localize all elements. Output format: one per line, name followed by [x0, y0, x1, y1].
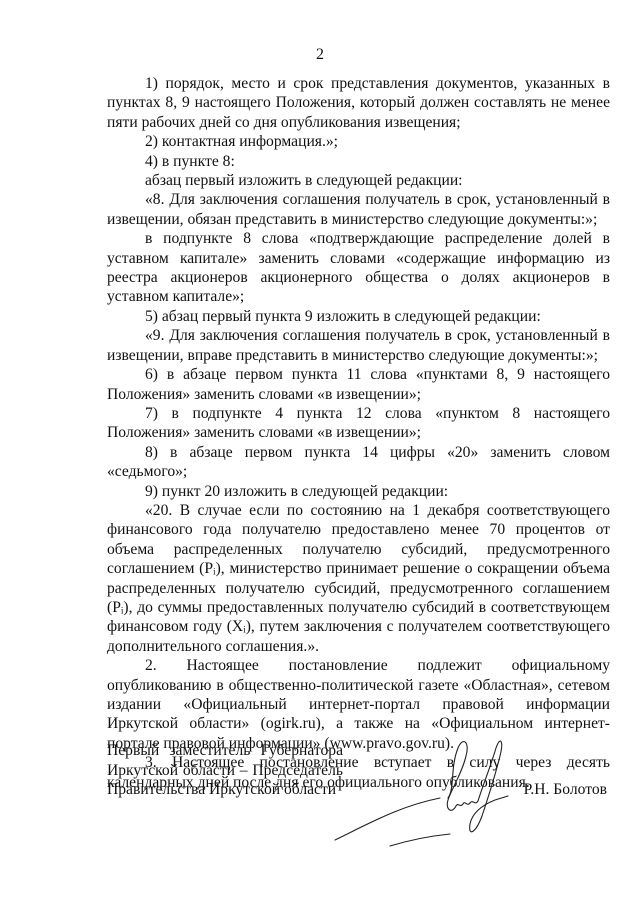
paragraph-item-8: 8) в абзаце первом пункта 14 цифры «20» … — [107, 443, 610, 482]
paragraph-item-9: 9) пункт 20 изложить в следующей редакци… — [107, 482, 610, 501]
paragraph-item-1: 1) порядок, место и срок представления д… — [107, 74, 610, 132]
paragraph-item-4: 4) в пункте 8: — [107, 152, 610, 171]
paragraph-quote-8: «8. Для заключения соглашения получатель… — [107, 190, 610, 229]
signatory-title-line: Первый заместитель Губернатора — [107, 741, 343, 761]
paragraph-subitem-8: в подпункте 8 слова «подтверждающие расп… — [107, 229, 610, 307]
paragraph-item-5: 5) абзац первый пункта 9 изложить в след… — [107, 307, 610, 326]
paragraph-quote-20: «20. В случае если по состоянию на 1 дек… — [107, 501, 610, 656]
document-body: 1) порядок, место и срок представления д… — [107, 74, 610, 792]
signatory-title-line: Правительства Иркутской области — [107, 780, 343, 800]
paragraph-item-6: 6) в абзаце первом пункта 11 слова «пунк… — [107, 365, 610, 404]
paragraph-item-2: 2) контактная информация.»; — [107, 132, 610, 151]
paragraph-item-7: 7) в подпункте 4 пункта 12 слова «пункто… — [107, 404, 610, 443]
paragraph-quote-9: «9. Для заключения соглашения получатель… — [107, 326, 610, 365]
signatory-title: Первый заместитель Губернатора Иркутской… — [107, 741, 343, 800]
signatory-title-line: Иркутской области – Председатель — [107, 761, 343, 781]
page-number: 2 — [0, 46, 640, 64]
signatory-name: Р.Н. Болотов — [524, 780, 607, 800]
document-page: 2 1) порядок, место и срок представления… — [0, 0, 640, 905]
paragraph-abzac: абзац первый изложить в следующей редакц… — [107, 171, 610, 190]
handwritten-signature-icon — [330, 728, 510, 848]
